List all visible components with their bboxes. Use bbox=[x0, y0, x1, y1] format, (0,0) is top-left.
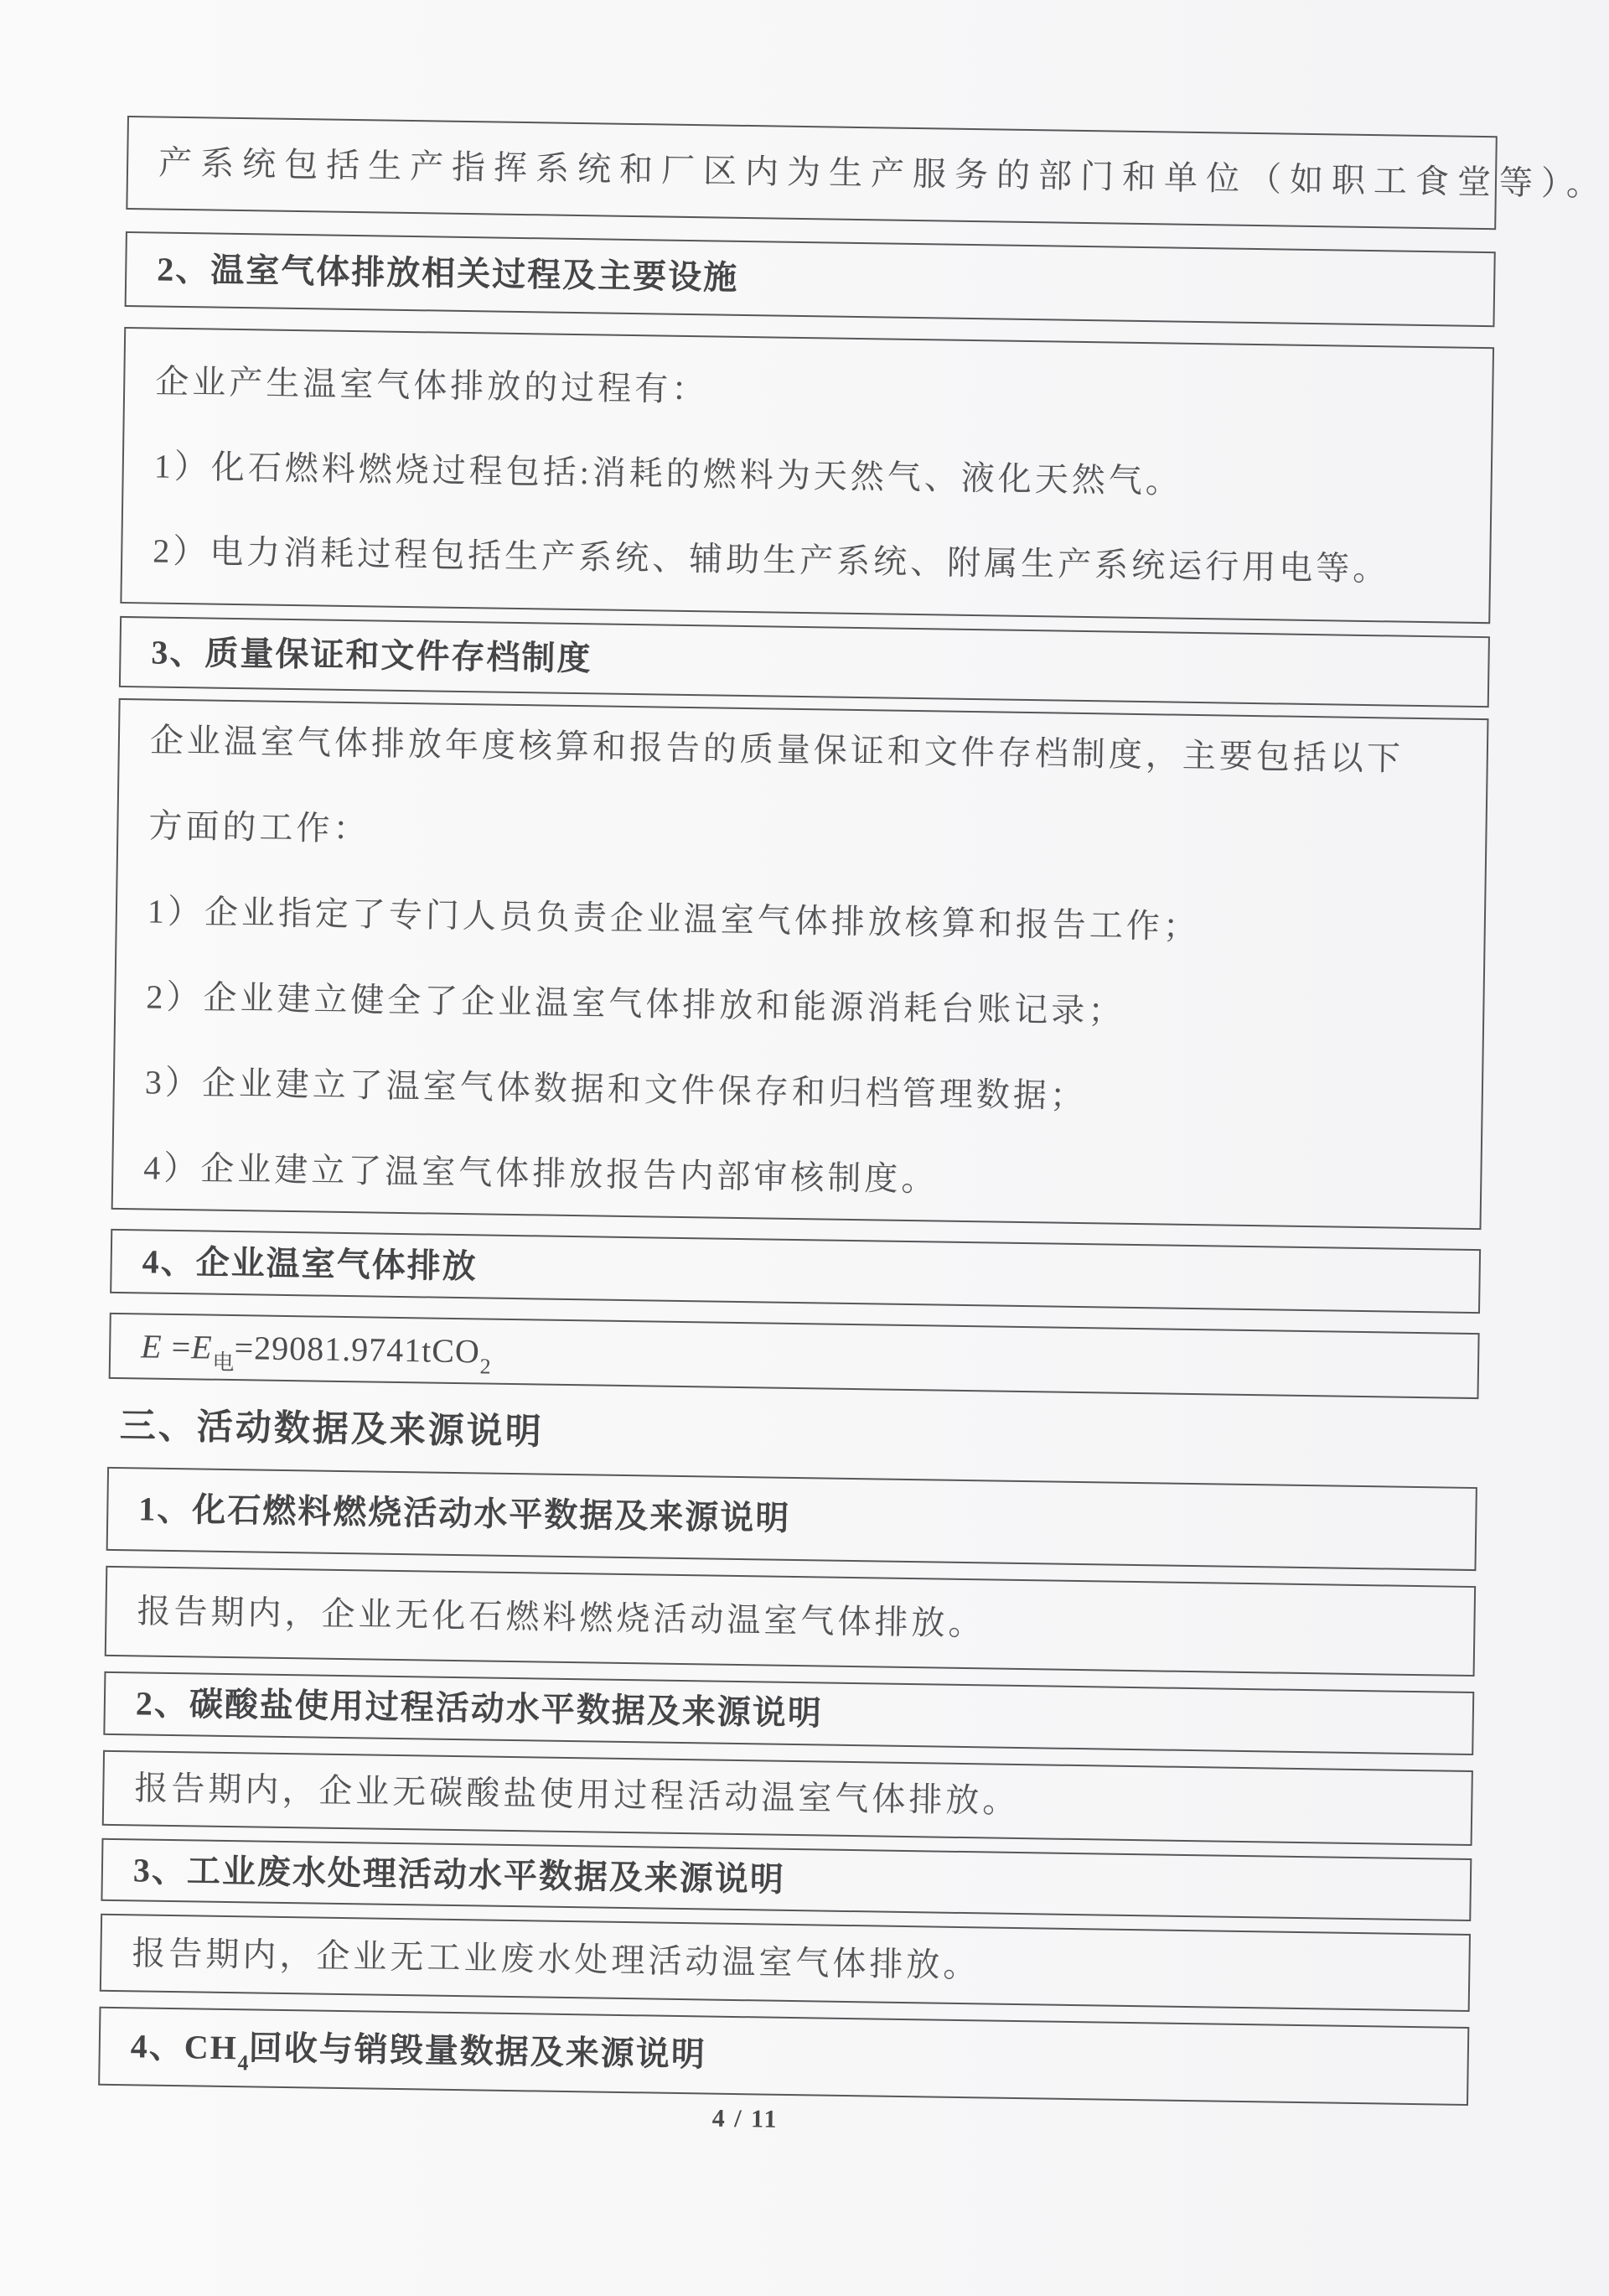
fossil-fuel-body: 报告期内，企业无化石燃料燃烧活动温室气体排放。 bbox=[137, 1568, 1462, 1673]
table-row-section3-body: 企业温室气体排放年度核算和报告的质量保证和文件存档制度，主要包括以下 方面的工作… bbox=[111, 698, 1489, 1230]
table-row-ch4-title: 4、CH4回收与销毁量数据及来源说明 bbox=[98, 2007, 1469, 2106]
table-row-section2-title: 2、温室气体排放相关过程及主要设施 bbox=[125, 231, 1496, 327]
scanned-report-page: 产系统包括生产指挥系统和厂区内为生产服务的部门和单位（如职工食堂等）。 2、温室… bbox=[0, 0, 1609, 2296]
table-row-wastewater-body: 报告期内，企业无工业废水处理活动温室气体排放。 bbox=[100, 1914, 1471, 2012]
ch4-subscript-4: 4 bbox=[237, 2050, 248, 2075]
formula-value: =29081.9741tCO bbox=[234, 1329, 480, 1370]
table-row-continuation: 产系统包括生产指挥系统和厂区内为生产服务的部门和单位（如职工食堂等）。 bbox=[126, 116, 1497, 230]
table-row-section2-body: 企业产生温室气体排放的过程有： 1）化石燃料燃烧过程包括:消耗的燃料为天然气、液… bbox=[120, 327, 1494, 624]
emission-formula: E =E电=29081.9741tCO2 bbox=[141, 1326, 1467, 1385]
table-row-section4-title: 4、企业温室气体排放 bbox=[110, 1229, 1481, 1314]
table-row-fossil-fuel-title: 1、化石燃料燃烧活动水平数据及来源说明 bbox=[106, 1467, 1477, 1571]
table-row-carbonate-title: 2、碳酸盐使用过程活动水平数据及来源说明 bbox=[103, 1671, 1474, 1755]
table-row-section3-title: 3、质量保证和文件存档制度 bbox=[119, 616, 1490, 707]
section4-title: 4、企业温室气体排放 bbox=[142, 1219, 1467, 1324]
continuation-text: 产系统包括生产指挥系统和厂区内为生产服务的部门和单位（如职工食堂等）。 bbox=[158, 121, 1483, 225]
section2-title: 2、温室气体排放相关过程及主要设施 bbox=[157, 227, 1482, 332]
section-heading-three-label: 三、活动数据及来源说明 bbox=[119, 1397, 544, 1454]
ch4-title: 4、CH4回收与销毁量数据及来源说明 bbox=[130, 2003, 1456, 2108]
formula-subscript-2: 2 bbox=[479, 1354, 490, 1378]
table-row-wastewater-title: 3、工业废水处理活动水平数据及来源说明 bbox=[101, 1838, 1472, 1921]
ch4-title-suffix: 回收与销毁量数据及来源说明 bbox=[248, 2029, 706, 2073]
formula-subscript-elec: 电 bbox=[212, 1350, 234, 1375]
ch4-title-prefix: 4、CH bbox=[131, 2027, 239, 2066]
formula-variable-E: E bbox=[141, 1327, 163, 1365]
section3-title: 3、质量保证和文件存档制度 bbox=[151, 609, 1477, 714]
formula-equals: = bbox=[162, 1328, 191, 1366]
formula-variable-E-elec: E bbox=[191, 1328, 213, 1366]
report-content: 产系统包括生产指挥系统和厂区内为生产服务的部门和单位（如职工食堂等）。 2、温室… bbox=[97, 116, 1497, 2144]
table-row-fossil-fuel-body: 报告期内，企业无化石燃料燃烧活动温室气体排放。 bbox=[105, 1566, 1476, 1677]
